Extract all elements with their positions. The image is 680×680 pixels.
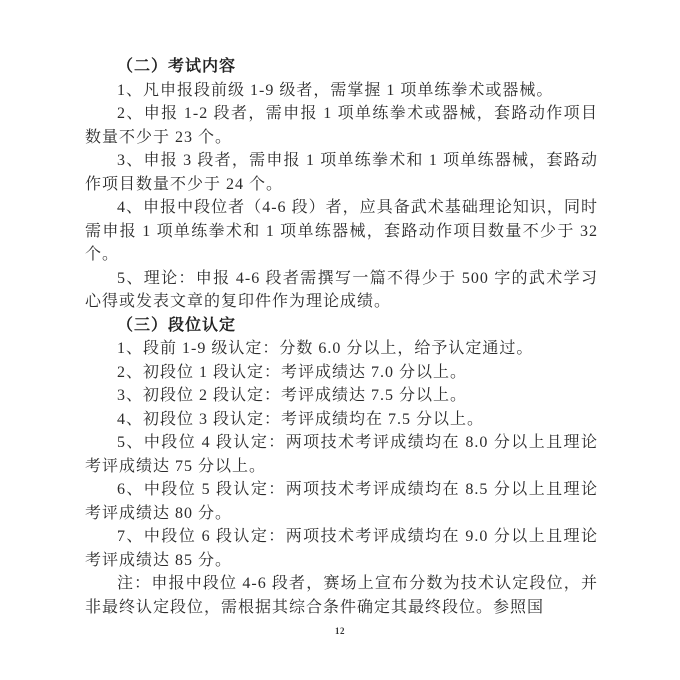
paragraph-item-1: 1、凡申报段前级 1-9 级者，需掌握 1 项单练拳术或器械。 (85, 79, 598, 103)
paragraph-rank-7: 7、中段位 6 段认定：两项技术考评成绩均在 9.0 分以上且理论考评成绩达 8… (85, 525, 598, 572)
paragraph-note: 注：申报中段位 4-6 段者，赛场上宣布分数为技术认定段位，并非最终认定段位，需… (85, 572, 598, 619)
paragraph-item-5: 5、理论：申报 4-6 段者需撰写一篇不得少于 500 字的武术学习心得或发表文… (85, 267, 598, 314)
paragraph-rank-3: 3、初段位 2 段认定：考评成绩达 7.5 分以上。 (85, 384, 598, 408)
paragraph-rank-5: 5、中段位 4 段认定：两项技术考评成绩均在 8.0 分以上且理论考评成绩达 7… (85, 431, 598, 478)
paragraph-item-3: 3、申报 3 段者，需申报 1 项单练拳术和 1 项单练器械，套路动作项目数量不… (85, 149, 598, 196)
paragraph-rank-6: 6、中段位 5 段认定：两项技术考评成绩均在 8.5 分以上且理论考评成绩达 8… (85, 478, 598, 525)
page-number: 12 (0, 626, 680, 636)
document-body: （二）考试内容 1、凡申报段前级 1-9 级者，需掌握 1 项单练拳术或器械。 … (85, 55, 598, 619)
paragraph-item-4: 4、申报中段位者（4-6 段）者，应具备武术基础理论知识，同时需申报 1 项单练… (85, 196, 598, 267)
paragraph-rank-4: 4、初段位 3 段认定：考评成绩均在 7.5 分以上。 (85, 408, 598, 432)
section-heading-rank-certification: （三）段位认定 (85, 314, 598, 338)
paragraph-rank-2: 2、初段位 1 段认定：考评成绩达 7.0 分以上。 (85, 361, 598, 385)
document-page: （二）考试内容 1、凡申报段前级 1-9 级者，需掌握 1 项单练拳术或器械。 … (0, 0, 680, 680)
section-heading-exam-content: （二）考试内容 (85, 55, 598, 79)
paragraph-item-2: 2、申报 1-2 段者，需申报 1 项单练拳术或器械，套路动作项目数量不少于 2… (85, 102, 598, 149)
paragraph-rank-1: 1、段前 1-9 级认定：分数 6.0 分以上，给予认定通过。 (85, 337, 598, 361)
